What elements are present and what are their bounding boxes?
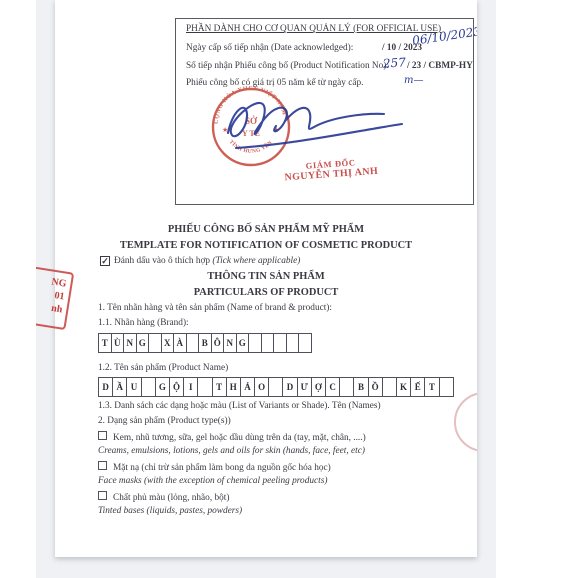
scanned-document-photo: PHẦN DÀNH CHO CƠ QUAN QUẢN LÝ (FOR OFFIC… bbox=[0, 0, 578, 578]
letter-cell bbox=[269, 378, 283, 396]
letter-cell: N bbox=[124, 334, 137, 352]
letter-cell: B bbox=[199, 334, 212, 352]
letter-cell bbox=[142, 378, 156, 396]
letter-cell bbox=[299, 334, 311, 352]
product-type-2-en: Face masks (with the exception of chemic… bbox=[98, 476, 327, 486]
letter-cell: À bbox=[174, 334, 187, 352]
letter-cell: D bbox=[99, 378, 113, 396]
letter-cell bbox=[287, 334, 300, 352]
letter-cell: I bbox=[184, 378, 198, 396]
letter-cell bbox=[274, 334, 287, 352]
product-type-option-1: Kem, nhũ tương, sữa, gel hoặc dầu dùng t… bbox=[98, 431, 366, 443]
letter-cell: K bbox=[397, 378, 411, 396]
handwritten-notification-number: 257 bbox=[383, 55, 407, 71]
letter-cell: C bbox=[326, 378, 340, 396]
product-type-1-vi: Kem, nhũ tương, sữa, gel hoặc dầu dùng t… bbox=[113, 433, 366, 443]
letter-cell: D bbox=[283, 378, 297, 396]
letter-cell bbox=[198, 378, 212, 396]
letter-cell: X bbox=[162, 334, 175, 352]
official-box-title: PHẦN DÀNH CHO CƠ QUAN QUẢN LÝ (FOR OFFIC… bbox=[186, 24, 441, 34]
letter-cell: T bbox=[99, 334, 112, 352]
letter-cell: G bbox=[137, 334, 150, 352]
form-title-vi: PHIẾU CÔNG BỐ SẢN PHẨM MỸ PHẨM bbox=[55, 224, 477, 235]
letter-cell: Ộ bbox=[170, 378, 184, 396]
letter-cell bbox=[187, 334, 200, 352]
letter-cell: Ợ bbox=[312, 378, 326, 396]
line-variants: 1.3. Danh sách các dạng hoặc màu (List o… bbox=[98, 401, 381, 411]
product-type-2-vi: Mặt nạ (chỉ trừ sản phẩm làm bong da ngu… bbox=[113, 463, 331, 473]
tick-note-en: (Tick where applicable) bbox=[212, 256, 300, 266]
letter-cell: G bbox=[237, 334, 250, 352]
product-type-option-2: Mặt nạ (chỉ trừ sản phẩm làm bong da ngu… bbox=[98, 461, 331, 473]
notification-no-label: Số tiếp nhận Phiếu công bố (Product Noti… bbox=[186, 61, 389, 71]
letter-cell: O bbox=[255, 378, 269, 396]
line-product-name-label: 1.2. Tên sản phẩm (Product Name) bbox=[98, 363, 228, 373]
photo-backdrop: PHẦN DÀNH CHO CƠ QUAN QUẢN LÝ (FOR OFFIC… bbox=[36, 0, 496, 578]
checkbox-unchecked-icon bbox=[98, 461, 107, 470]
letter-cell bbox=[249, 334, 262, 352]
letter-cell bbox=[262, 334, 275, 352]
product-type-3-en: Tinted bases (liquids, pastes, powders) bbox=[98, 506, 242, 516]
letter-cell: N bbox=[224, 334, 237, 352]
line-brand-label: 1.1. Nhãn hàng (Brand): bbox=[98, 318, 189, 328]
letter-cell bbox=[440, 378, 453, 396]
checkbox-checked-icon: ✓ bbox=[100, 256, 110, 266]
checkbox-unchecked-icon bbox=[98, 431, 107, 440]
checkbox-unchecked-icon bbox=[98, 491, 107, 500]
letter-cell bbox=[340, 378, 354, 396]
document-page: PHẦN DÀNH CHO CƠ QUAN QUẢN LÝ (FOR OFFIC… bbox=[55, 0, 477, 557]
letter-cell: B bbox=[354, 378, 368, 396]
letter-cell: Ồ bbox=[369, 378, 383, 396]
section-title-en: PARTICULARS OF PRODUCT bbox=[55, 287, 477, 298]
letter-cell bbox=[149, 334, 162, 352]
letter-cell: Ư bbox=[298, 378, 312, 396]
line-brand-product: 1. Tên nhãn hàng và tên sản phẩm (Name o… bbox=[98, 303, 332, 313]
product-type-1-en: Creams, emulsions, lotions, gels and oil… bbox=[98, 446, 365, 456]
letter-cell bbox=[383, 378, 397, 396]
handwritten-initial: m— bbox=[404, 75, 423, 86]
letter-cell: U bbox=[127, 378, 141, 396]
tick-note-vi: Đánh dấu vào ô thích hợp bbox=[114, 256, 212, 266]
tick-note-line: ✓Đánh dấu vào ô thích hợp (Tick where ap… bbox=[100, 256, 300, 266]
brand-letter-row: TÙNGXÀBÔNG bbox=[98, 333, 312, 353]
notification-no-suffix: / 23 / CBMP-HY bbox=[407, 61, 473, 71]
letter-cell: Ả bbox=[241, 378, 255, 396]
letter-cell: H bbox=[227, 378, 241, 396]
date-acknowledged-label: Ngày cấp số tiếp nhận (Date acknowledged… bbox=[186, 43, 353, 53]
letter-cell: G bbox=[156, 378, 170, 396]
letter-cell: Ù bbox=[112, 334, 125, 352]
faint-partial-stamp-icon bbox=[454, 392, 477, 452]
letter-cell: T bbox=[213, 378, 227, 396]
letter-cell: Ế bbox=[411, 378, 425, 396]
form-title-en: TEMPLATE FOR NOTIFICATION OF COSMETIC PR… bbox=[55, 240, 477, 251]
official-use-box: PHẦN DÀNH CHO CƠ QUAN QUẢN LÝ (FOR OFFIC… bbox=[175, 18, 474, 205]
section-title-vi: THÔNG TIN SẢN PHẨM bbox=[55, 271, 477, 282]
letter-cell: Ô bbox=[212, 334, 225, 352]
product-type-option-3: Chất phủ màu (lỏng, nhão, bột) bbox=[98, 491, 229, 503]
product-name-letter-row: DẦUGỘITHẢODƯỢCBỒKẾT bbox=[98, 377, 454, 397]
letter-cell: T bbox=[425, 378, 439, 396]
letter-cell: Ầ bbox=[113, 378, 127, 396]
product-type-3-vi: Chất phủ màu (lỏng, nhão, bột) bbox=[113, 493, 229, 503]
line-product-type: 2. Dạng sản phẩm (Product type(s)) bbox=[98, 416, 231, 426]
